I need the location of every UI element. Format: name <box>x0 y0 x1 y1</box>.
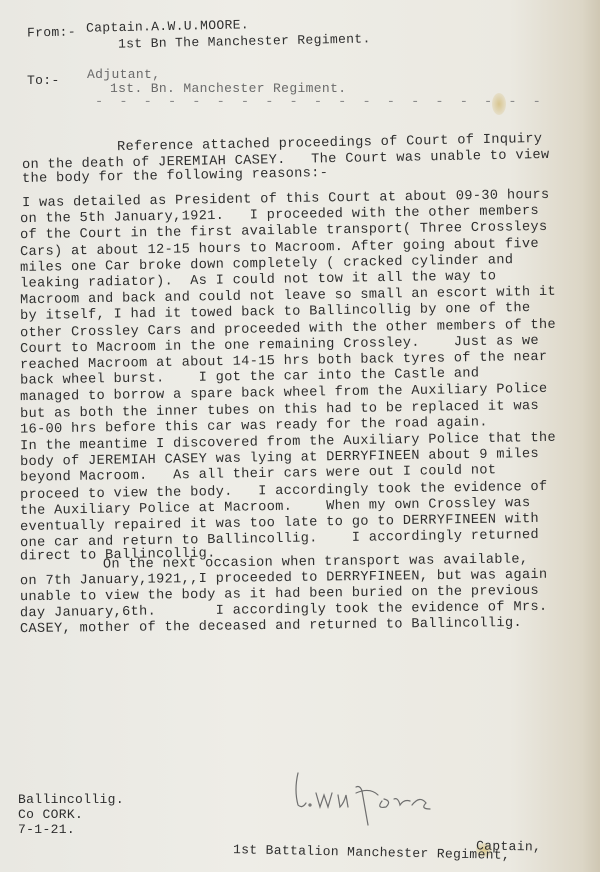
footer-date: 7-1-21. <box>18 823 75 836</box>
signatory-unit: 1st Battalion Manchester Regiment, <box>233 843 510 862</box>
to-name: Adjutant, <box>87 68 160 81</box>
from-name: Captain.A.W.U.MOORE. <box>86 18 249 34</box>
footer-county: Co CORK. <box>18 808 83 821</box>
from-label: From:- <box>27 25 76 39</box>
letter-page: From:- Captain.A.W.U.MOORE. 1st Bn The M… <box>0 0 600 872</box>
handwritten-signature: A.W.U. Moore <box>290 765 450 835</box>
to-label: To:- <box>27 74 60 87</box>
from-unit: 1st Bn The Manchester Regiment. <box>118 32 371 50</box>
divider-rule: - - - - - - - - - - - - - - - - - - - <box>95 96 545 110</box>
to-unit: 1st. Bn. Manchester Regiment. <box>110 82 346 95</box>
footer-place: Ballincollig. <box>18 793 124 806</box>
